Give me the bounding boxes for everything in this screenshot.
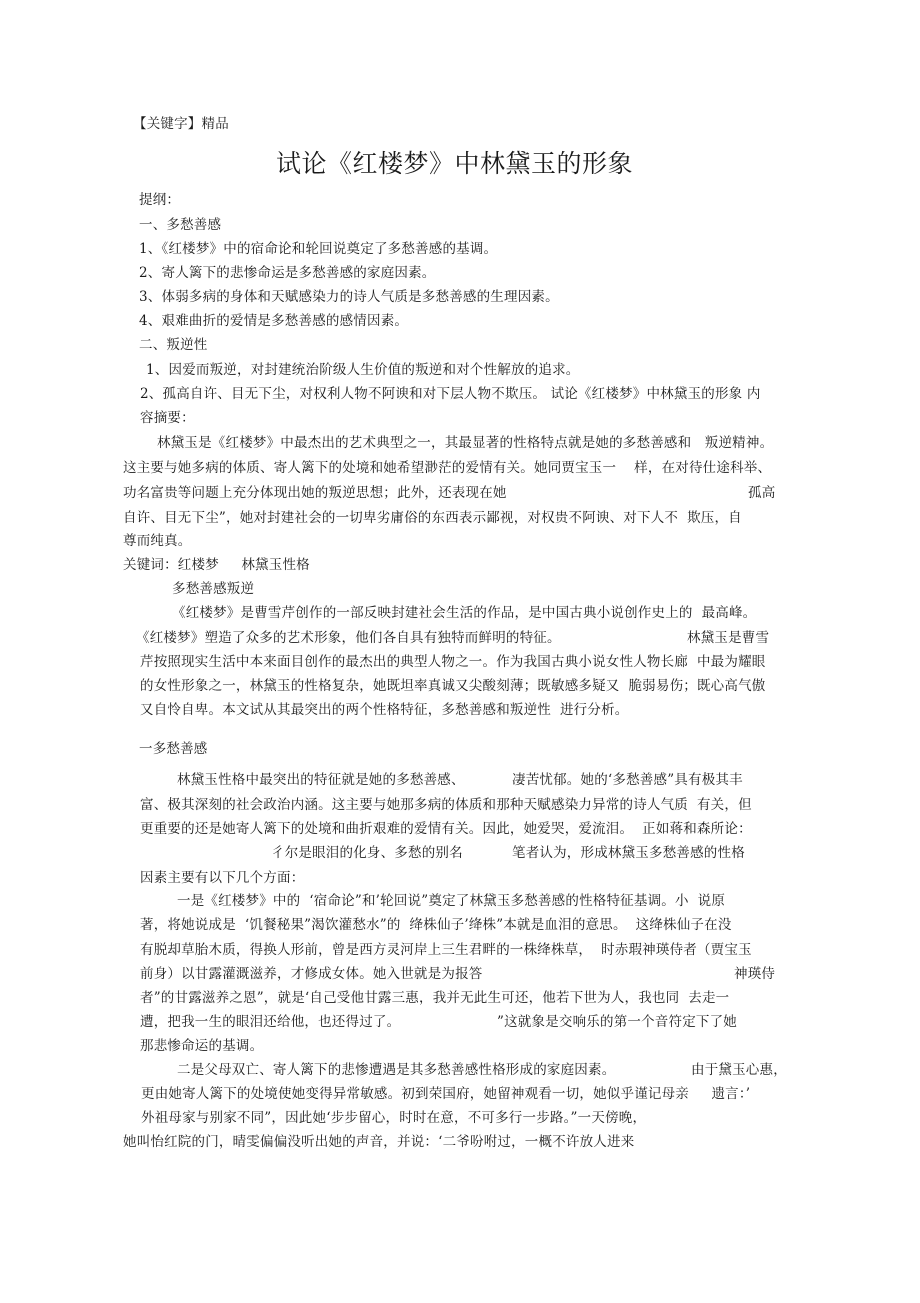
para3-line: 她叫怡红院的门，晴雯偏偏没听出她的声音，并说：‘二爷吩咐过，一概不许放人进来 — [123, 1133, 634, 1151]
outline-item: 1、《红楼梦》中的宿命论和轮回说奠定了多愁善感的基调。 — [139, 240, 497, 258]
para1-line: 彳尔是眼泪的化身、多愁的别名 — [271, 844, 463, 862]
outline-heading: 提纲： — [139, 191, 180, 209]
outline-item: 容摘要： — [140, 409, 195, 427]
para3-line: 二是父母双亡、寄人篱下的悲惨遭遇是其多愁善感性格形成的家庭因素。 — [177, 1061, 615, 1079]
abstract-line: 功名富贵等问题上充分体现出她的叛逆思想；此外，还表现在她 — [123, 484, 507, 502]
intro-line: 芹按照现实生活中本来面目创作的最杰出的典型人物之一。作为我国古典小说女性人物长廊… — [140, 653, 765, 671]
abstract-line: 自许、目无下尘”，她对封建社会的一切卑劣庸俗的东西表示鄙视，对权贵不阿谀、对下人… — [123, 509, 742, 527]
para1-line: 凄苦忧郁。她的‘多愁善感”具有极其丰 — [512, 771, 743, 789]
para2-line: 神瑛侍 — [734, 965, 775, 983]
para2-line: 遭，把我一生的眼泪还给他，也还得过了。 — [140, 1013, 400, 1031]
abstract-line: 这主要与她多病的体质、寄人篱下的处境和她希望渺茫的爱情有关。她同贾宝玉一 样，在… — [123, 459, 771, 477]
para3-line: 外祖母家与别家不同”，因此她‘步步留心，时时在意，不可多行一步路。”一天傍晚， — [141, 1109, 646, 1127]
abstract-line: 林黛玉是《红楼梦》中最杰出的艺术典型之一，其最显著的性格特点就是她的多愁善感和 … — [157, 434, 773, 452]
para2-line: 一是《红楼梦》中的 ‘宿命论”和’轮回说”奠定了林黛玉多愁善感的性格特征基调。小… — [177, 892, 725, 910]
para1-line: 富、极其深刻的社会政治内涵。这主要与她那多病的体质和那种天赋感染力异常的诗人气质… — [140, 796, 752, 814]
para3-line: 更由她寄人篱下的处境使她变得异常敏感。初到荣国府，她留神观看一切，她似乎谨记母亲… — [141, 1085, 750, 1103]
outline-item: 4、艰难曲折的爱情是多愁善感的感情因素。 — [139, 312, 408, 330]
para2-line: 者”的甘露滋养之恩”，就是‘自己受他甘露三惠，我并无此生可还，他若下世为人，我也… — [140, 989, 729, 1007]
para2-line: ”这就象是交响乐的第一个音符定下了她 — [497, 1013, 737, 1031]
document-title: 试论《红楼梦》中林黛玉的形象 — [276, 148, 633, 180]
para2-line: 著，将她说成是 ‘饥餐秘果”渴饮灌愁水”的 绛株仙子’绛株”本就是血泪的意思。 … — [140, 916, 732, 934]
para2-line: 有脱却草胎木质，得换人形前，曾是西方灵河岸上三生君畔的一株绛株草， 时赤瑕神瑛侍… — [140, 941, 752, 959]
outline-section-2: 二、叛逆性 — [139, 336, 208, 354]
outline-item: 1、因爱而叛逆，对封建统治阶级人生价值的叛逆和对个性解放的追求。 — [146, 361, 580, 379]
abstract-line: 尊而纯真。 — [123, 532, 192, 550]
outline-item: 2、孤高自许、目无下尘，对权利人物不阿谀和对下层人物不欺压。 试论《红楼梦》中林… — [140, 385, 761, 403]
para2-line: 前身）以甘露灌溉滋养，才修成女体。她入世就是为报答 — [140, 965, 483, 983]
intro-line: 又自怜自卑。本文试从其最突出的两个性格特征，多愁善感和叛逆性 进行分析。 — [140, 701, 628, 719]
keyword-tag: 【关键字】精品 — [133, 115, 229, 133]
para1-line: 笔者认为，形成林黛玉多愁善感的性格 — [512, 844, 745, 862]
para3-line: 由于黛玉心惠， — [691, 1061, 787, 1079]
outline-item: 2、寄人篱下的悲惨命运是多愁善感的家庭因素。 — [139, 264, 436, 282]
para1-line: 林黛玉性格中最突出的特征就是她的多愁善感、 — [177, 771, 465, 789]
outline-section-1: 一、多愁善感 — [139, 216, 221, 234]
para2-line: 那悲惨命运的基调。 — [140, 1037, 263, 1055]
para1-line: 更重要的还是她寄人篱下的处境和曲折艰难的爱情有关。因此，她爱哭，爱流泪。 正如蒋… — [140, 820, 752, 838]
intro-line: 《红楼梦》塑造了众多的艺术形象，他们各自具有独特而鲜明的特征。 — [136, 629, 561, 647]
keywords-line: 关键词：红楼梦 林黛玉性格 — [123, 556, 310, 574]
outline-item: 3、体弱多病的身体和天赋感染力的诗人气质是多愁善感的生理因素。 — [139, 288, 559, 306]
section-heading: 一多愁善感 — [139, 740, 208, 758]
para1-line: 因素主要有以下几个方面： — [140, 869, 304, 887]
keywords-line-2: 多愁善感叛逆 — [172, 580, 254, 598]
intro-line: 的女性形象之一，林黛玉的性格复杂，她既坦率真诚又尖酸刻薄；既敏感多疑又 脆弱易伤… — [140, 677, 765, 695]
intro-line: 林黛玉是曹雪 — [687, 629, 769, 647]
intro-line: 《红楼梦》是曹雪芹创作的一部反映封建社会生活的作品，是中国古典小说创作史上的 最… — [172, 604, 756, 622]
abstract-line: 孤高 — [748, 484, 775, 502]
